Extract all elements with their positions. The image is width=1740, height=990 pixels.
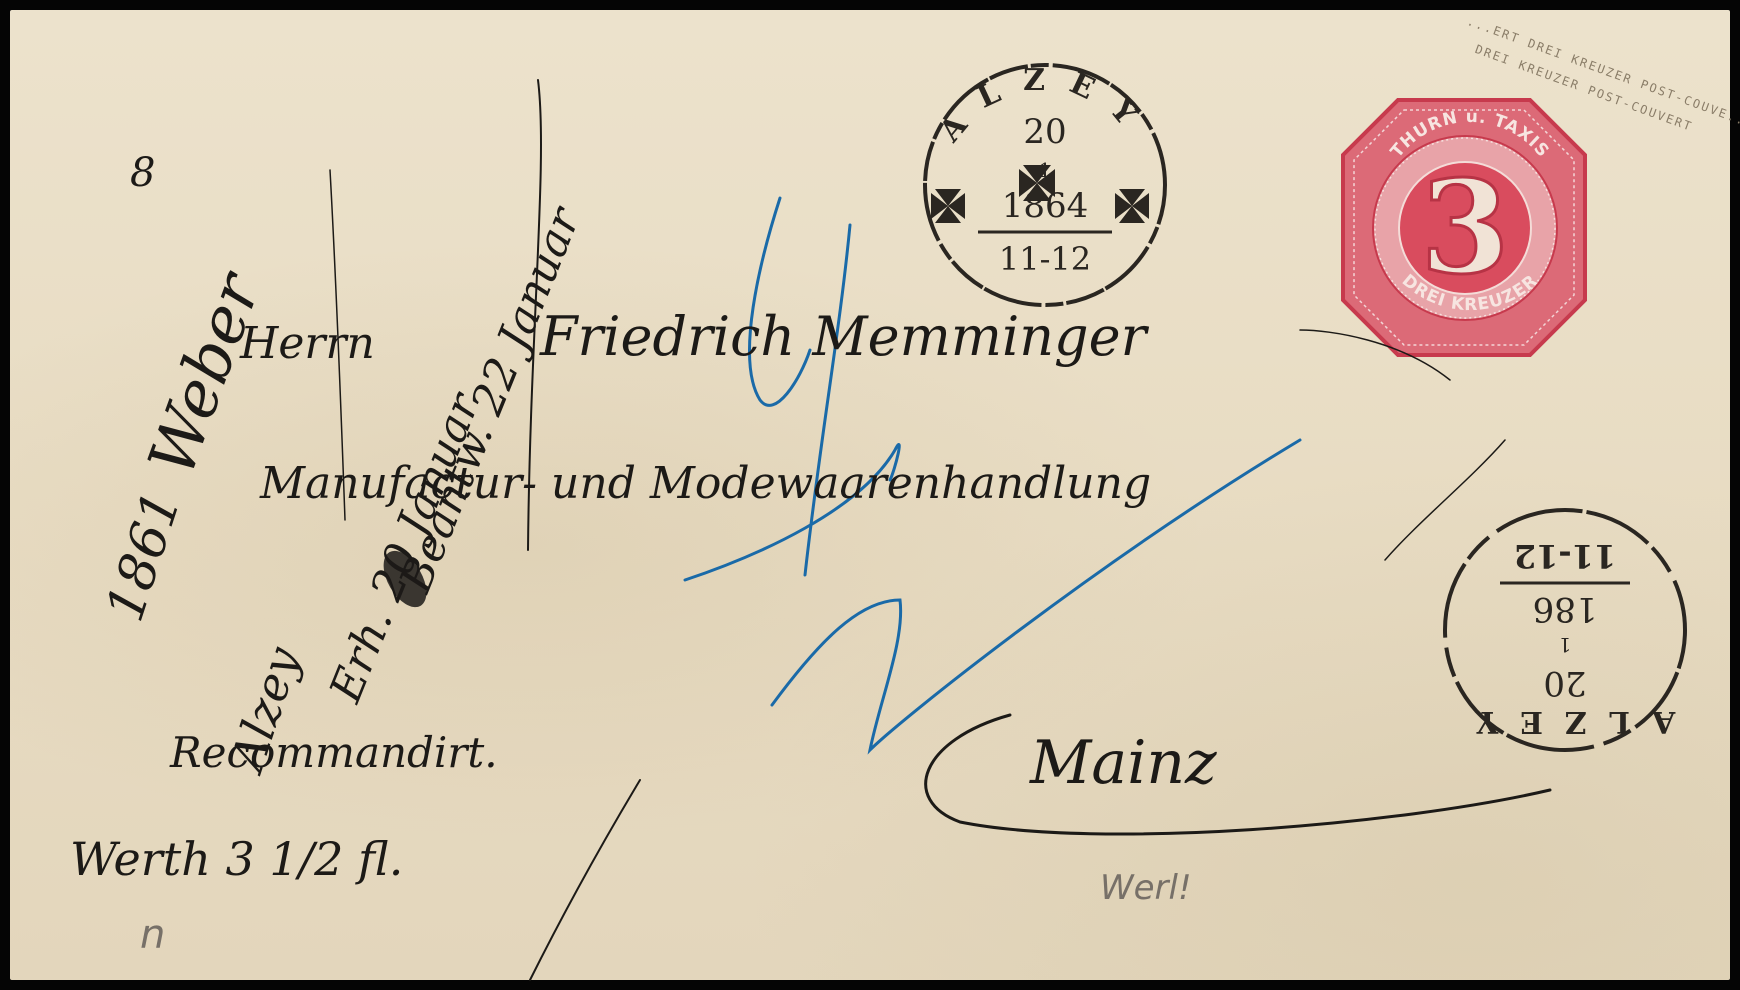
- address-business: Manufactur- und Modewaarenhandlung: [260, 458, 1151, 509]
- stamp-value: 3: [1420, 153, 1509, 303]
- stamp-thurn-und-taxis: THURN u. TAXIS DREI KREUZER 3: [1343, 100, 1585, 355]
- pencil-note-left: n: [140, 912, 165, 958]
- postmark-lower-year: 186: [1533, 589, 1598, 629]
- registration-note: Recommandirt.: [170, 728, 498, 777]
- postmark-lower-day: 20: [1543, 663, 1586, 703]
- cross-pattee-icon: [1115, 189, 1149, 223]
- postmark-upper-day: 20: [1023, 112, 1066, 152]
- postmark-lower: 20 1 186 11-12 ALZEY: [1445, 510, 1685, 750]
- postmark-upper-year: 1864: [1002, 186, 1089, 226]
- postmark-lower-time: 11-12: [1514, 537, 1616, 575]
- pencil-note-werl: Werl!: [1100, 868, 1192, 908]
- cross-pattee-icon: [931, 189, 965, 223]
- address-city: Mainz: [1030, 728, 1217, 798]
- docket-prefix: 8: [130, 150, 155, 196]
- value-note: Werth 3 1/2 fl.: [70, 832, 403, 886]
- postmark-upper-time: 11-12: [999, 240, 1091, 278]
- postmark-lower-month: 1: [1559, 633, 1572, 657]
- address-name: Friedrich Memminger: [540, 305, 1146, 368]
- postmark-lower-town: ALZEY: [1455, 704, 1677, 739]
- postmark-upper: ALZEY 20 1 1864 11-12: [925, 63, 1165, 305]
